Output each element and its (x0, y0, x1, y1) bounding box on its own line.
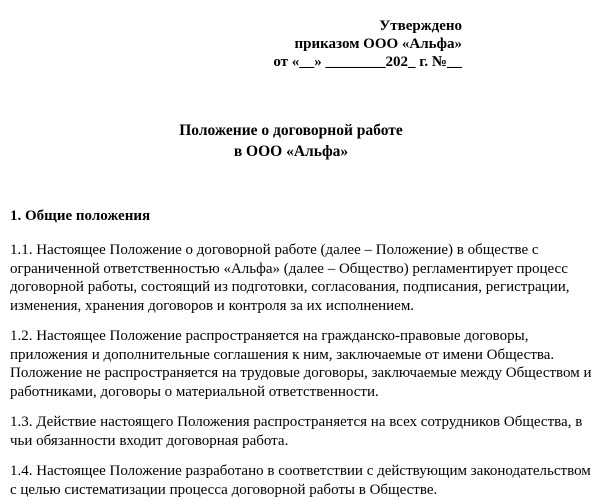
paragraph-1-4: 1.4. Настоящее Положение разработано в с… (10, 462, 592, 499)
document-title: Положение о договорной работе в ООО «Аль… (10, 121, 572, 162)
document-page: Утверждено приказом ООО «Альфа» от «__» … (0, 0, 600, 500)
approval-line: приказом ООО «Альфа» (10, 35, 462, 53)
paragraph-line: Положение не распространяется на трудовы… (10, 364, 592, 383)
section-heading: 1. Общие положения (10, 207, 592, 225)
paragraph-1-2: 1.2. Настоящее Положение распространяетс… (10, 327, 592, 401)
document-title-line: в ООО «Альфа» (10, 142, 572, 163)
paragraph-line: 1.2. Настоящее Положение распространяетс… (10, 327, 592, 346)
paragraph-line: 1.4. Настоящее Положение разработано в с… (10, 462, 592, 481)
paragraph-line: чьи обязанности входит договорная работа… (10, 432, 592, 451)
paragraph-1-3: 1.3. Действие настоящего Положения распр… (10, 413, 592, 450)
paragraph-line: работниками, договоры о материальной отв… (10, 383, 592, 402)
paragraph-line: 1.3. Действие настоящего Положения распр… (10, 413, 592, 432)
paragraph-line: приложения и дополнительные соглашения к… (10, 346, 592, 365)
paragraph-line: ограниченной ответственностью «Альфа» (д… (10, 260, 592, 279)
paragraph-line: с целью систематизации процесса договорн… (10, 481, 592, 500)
paragraph-line: изменения, хранения договоров и контроля… (10, 297, 592, 316)
approval-block: Утверждено приказом ООО «Альфа» от «__» … (10, 17, 462, 71)
approval-line: Утверждено (10, 17, 462, 35)
document-title-line: Положение о договорной работе (10, 121, 572, 142)
approval-line: от «__» ________202_ г. №__ (10, 53, 462, 71)
paragraph-line: договорной работы, состоящий из подготов… (10, 278, 592, 297)
paragraph-1-1: 1.1. Настоящее Положение о договорной ра… (10, 241, 592, 315)
paragraph-line: 1.1. Настоящее Положение о договорной ра… (10, 241, 592, 260)
